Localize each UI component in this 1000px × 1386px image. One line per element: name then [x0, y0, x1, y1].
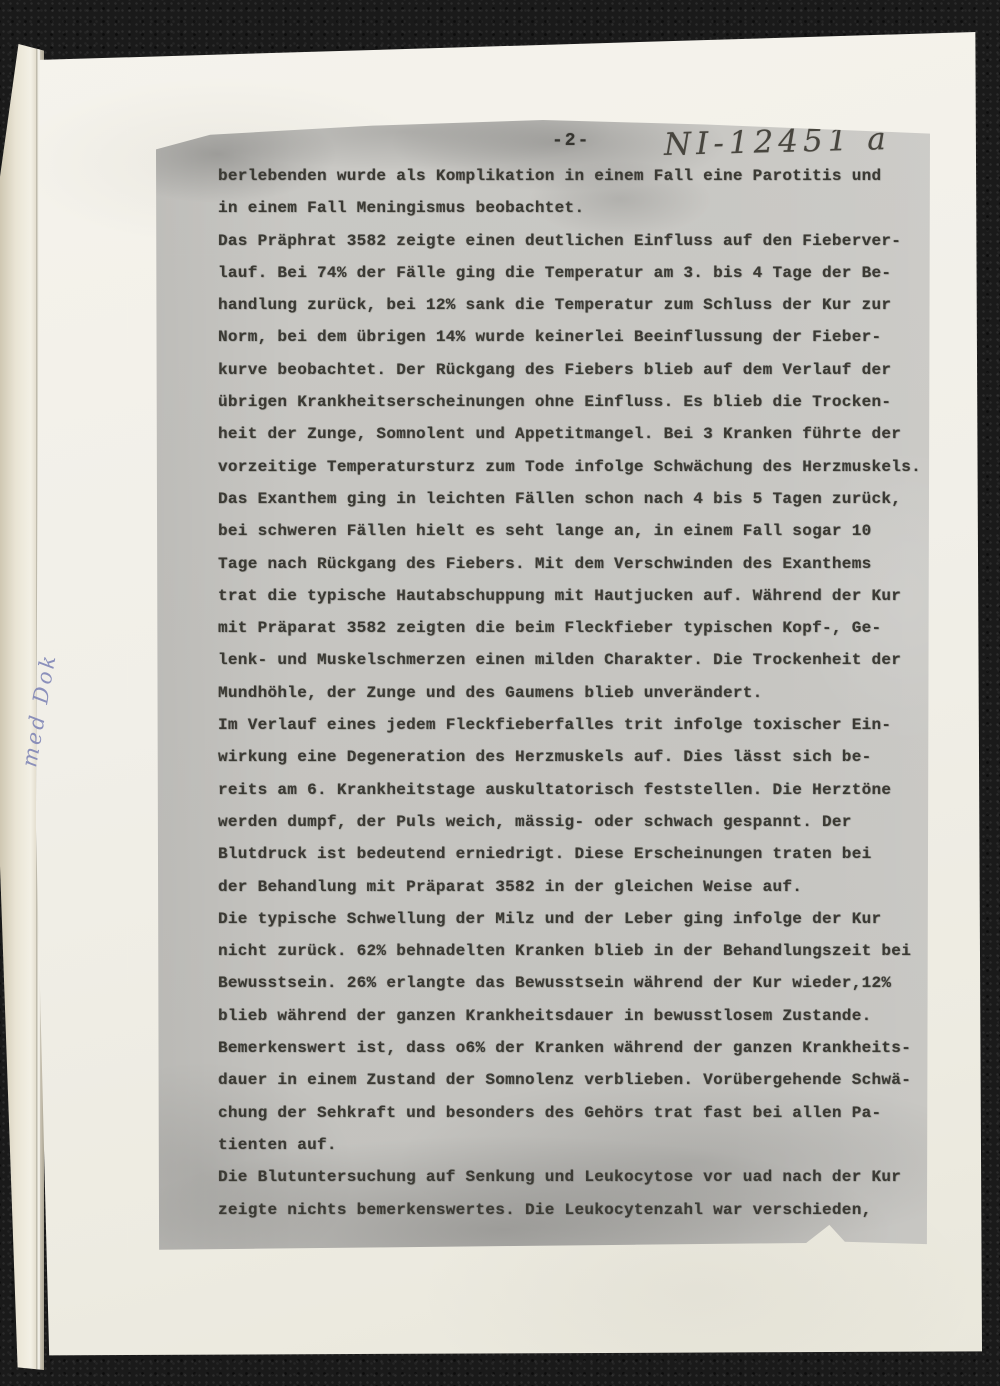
typewritten-line: bei schweren Fällen hielt es seht lange …	[218, 515, 924, 547]
typewritten-line: Blutdruck ist bedeutend erniedrigt. Dies…	[218, 838, 924, 870]
typewritten-line: zeigte nichts bemerkenswertes. Die Leuko…	[218, 1194, 924, 1226]
typewritten-line: Bemerkenswert ist, dass o6% der Kranken …	[218, 1032, 924, 1064]
typewritten-line: Die typische Schwellung der Milz und der…	[218, 903, 924, 935]
typewritten-line: Die Blutuntersuchung auf Senkung und Leu…	[218, 1161, 924, 1193]
document-text: berlebenden wurde als Komplikation in ei…	[218, 160, 924, 1226]
typewritten-line: reits am 6. Krankheitstage auskultatoris…	[218, 774, 924, 806]
typewritten-line: Im Verlauf eines jedem Fleckfieberfalles…	[218, 709, 924, 741]
typewritten-line: Mundhöhle, der Zunge und des Gaumens bli…	[218, 677, 924, 709]
document-number-annotation: NI-12451 a	[664, 121, 892, 163]
document-photostat: -2- NI-12451 a berlebenden wurde als Kom…	[156, 120, 930, 1252]
typewritten-line: Tage nach Rückgang des Fiebers. Mit dem …	[218, 548, 924, 580]
typewritten-line: lauf. Bei 74% der Fälle ging die Tempera…	[218, 257, 924, 289]
typewritten-line: tienten auf.	[218, 1129, 924, 1161]
typewritten-line: berlebenden wurde als Komplikation in ei…	[218, 160, 924, 192]
typewritten-line: übrigen Krankheitserscheinungen ohne Ein…	[218, 386, 924, 418]
typewritten-line: in einem Fall Meningismus beobachtet.	[218, 192, 924, 224]
album-page: -2- NI-12451 a berlebenden wurde als Kom…	[34, 28, 982, 1358]
typewritten-line: kurve beobachtet. Der Rückgang des Fiebe…	[218, 354, 924, 386]
typewritten-line: Bewusstsein. 26% erlangte das Bewusstsei…	[218, 967, 924, 999]
typewritten-line: Das Exanthem ging in leichten Fällen sch…	[218, 483, 924, 515]
typewritten-line: Norm, bei dem übrigen 14% wurde keinerle…	[218, 321, 924, 353]
typewritten-line: blieb während der ganzen Krankheitsdauer…	[218, 1000, 924, 1032]
typewritten-line: wirkung eine Degeneration des Herzmuskel…	[218, 741, 924, 773]
typewritten-line: trat die typische Hautabschuppung mit Ha…	[218, 580, 924, 612]
typewritten-line: vorzeitige Temperatursturz zum Tode info…	[218, 451, 924, 483]
typewritten-line: nicht zurück. 62% behnadelten Kranken bl…	[218, 935, 924, 967]
typewritten-line: chung der Sehkraft und besonders des Geh…	[218, 1097, 924, 1129]
typewritten-line: mit Präparat 3582 zeigten die beim Fleck…	[218, 612, 924, 644]
typewritten-line: handlung zurück, bei 12% sank die Temper…	[218, 289, 924, 321]
typewritten-line: Das Präphrat 3582 zeigte einen deutliche…	[218, 225, 924, 257]
typewritten-line: werden dumpf, der Puls weich, mässig- od…	[218, 806, 924, 838]
typewritten-line: heit der Zunge, Somnolent und Appetitman…	[218, 418, 924, 450]
typewritten-line: lenk- und Muskelschmerzen einen milden C…	[218, 644, 924, 676]
typewritten-line: dauer in einem Zustand der Somnolenz ver…	[218, 1064, 924, 1096]
page-number: -2-	[552, 131, 590, 151]
typewritten-line: der Behandlung mit Präparat 3582 in der …	[218, 871, 924, 903]
